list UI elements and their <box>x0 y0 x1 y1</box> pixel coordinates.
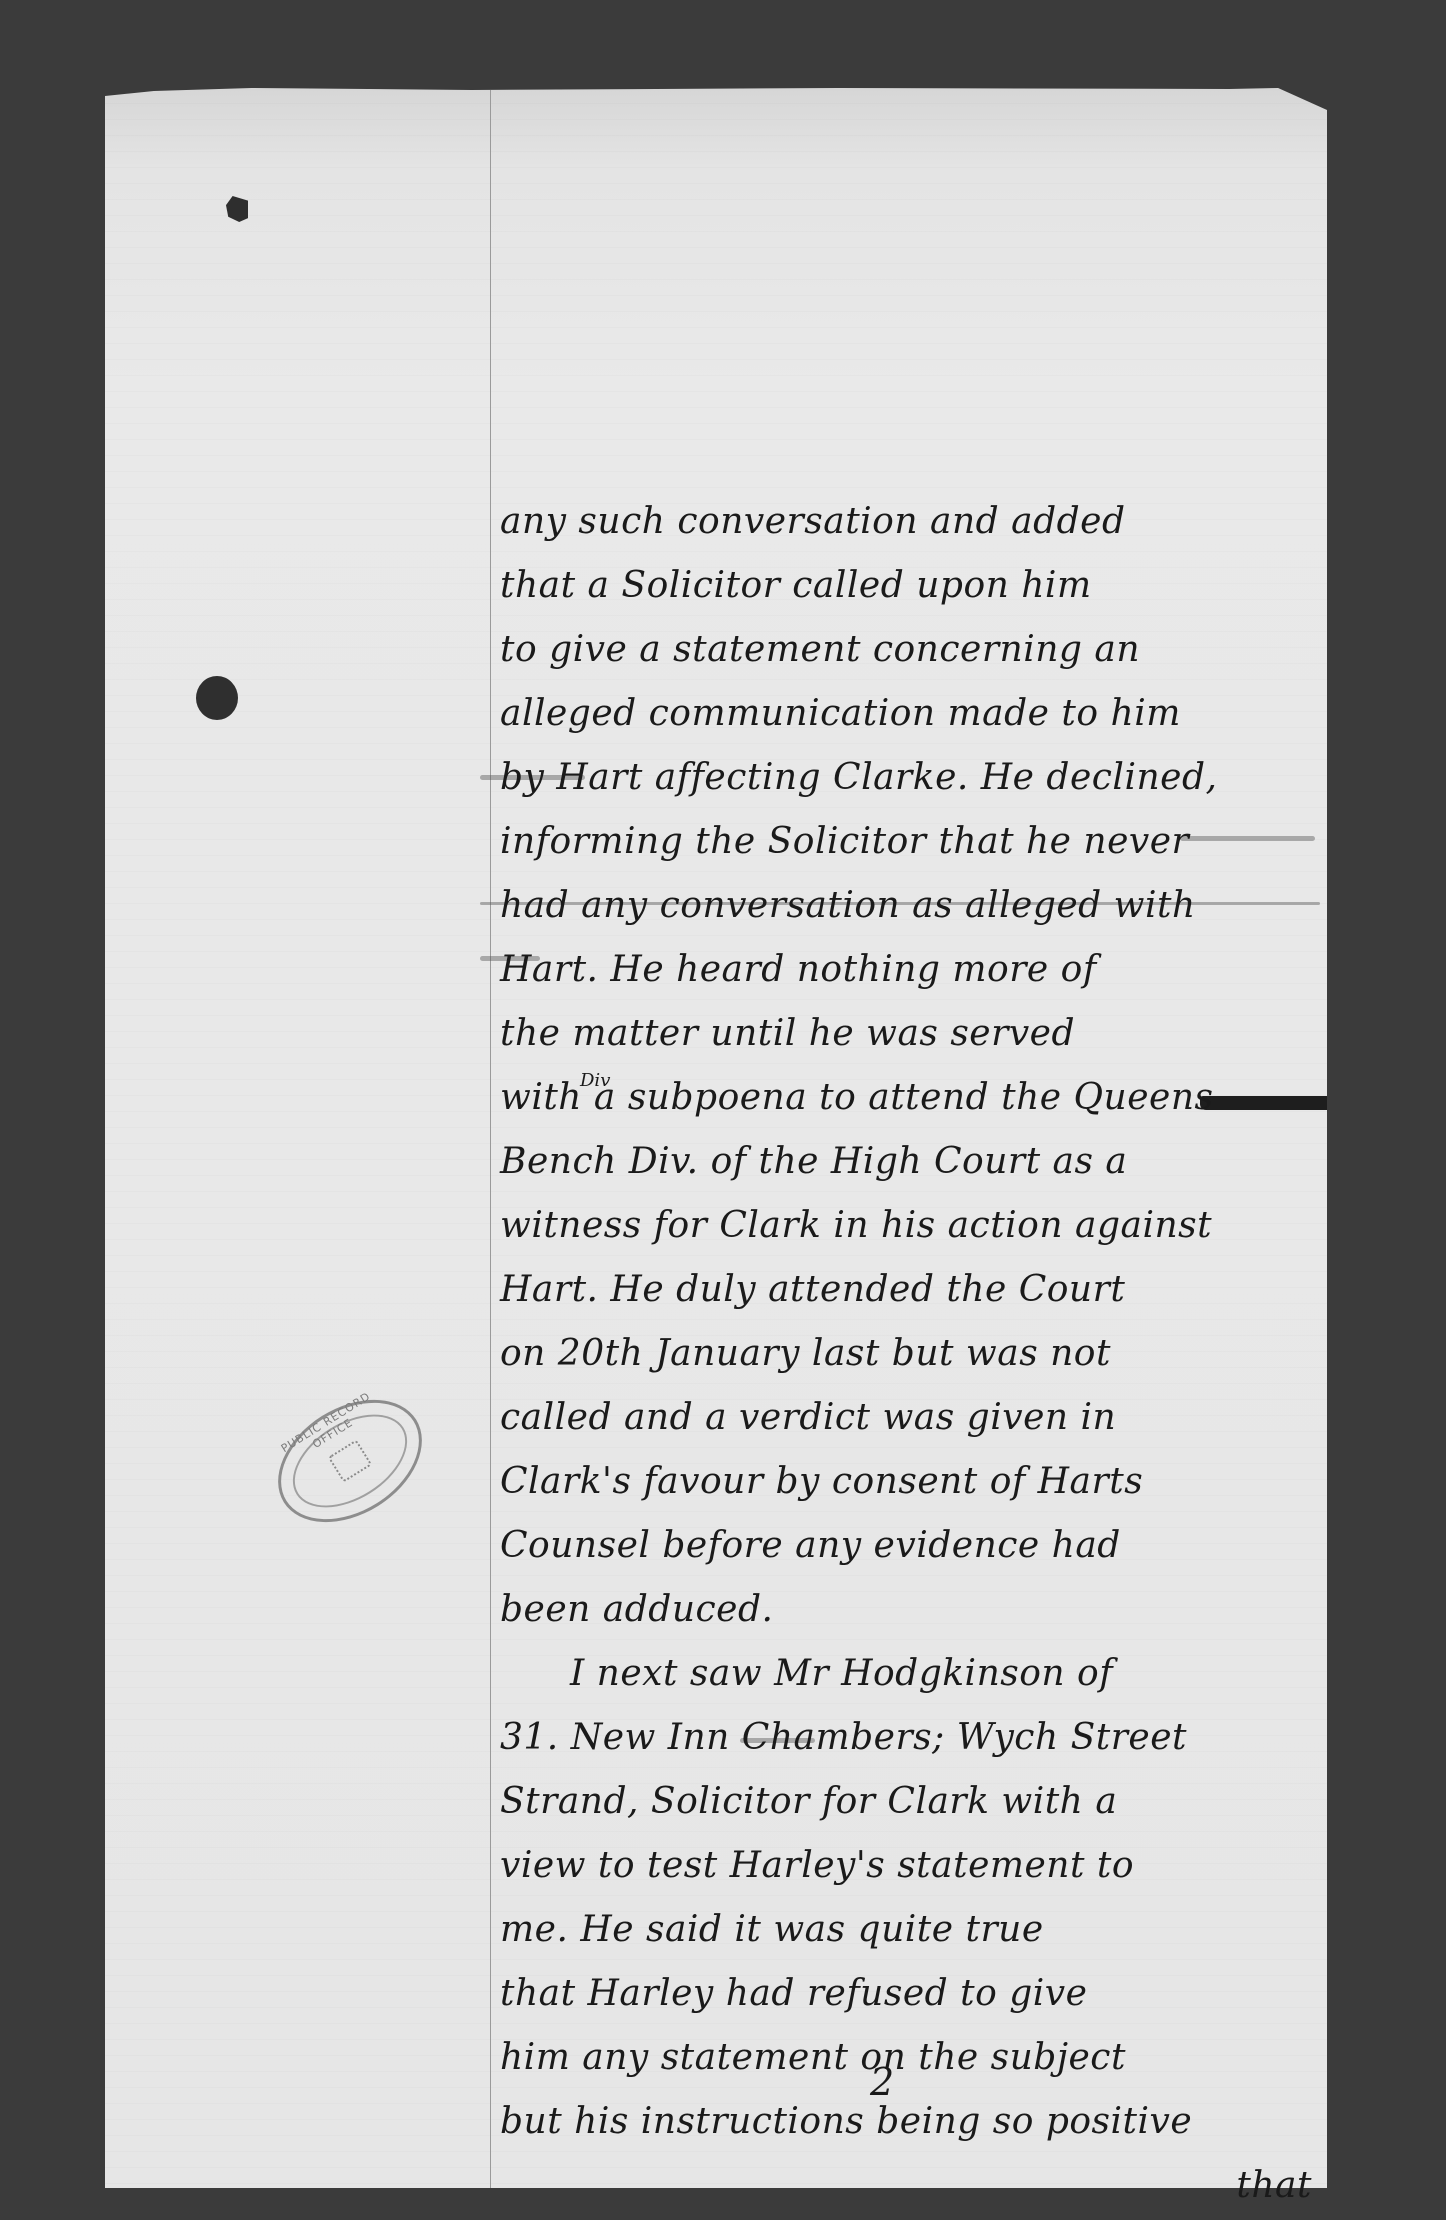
text-line: that a Solicitor called upon him <box>500 554 1320 618</box>
catchword: that <box>500 2154 1320 2218</box>
text-line: but his instructions being so positive <box>500 2090 1320 2154</box>
text-line: view to test Harley's statement to <box>500 1834 1320 1898</box>
text-line: that Harley had refused to give <box>500 1962 1320 2026</box>
text-line: with a subpoena to attend the Queens <box>500 1066 1320 1130</box>
text-line: been adduced. <box>500 1578 1320 1642</box>
text-line: me. He said it was quite true <box>500 1898 1320 1962</box>
text-line: alleged communication made to him <box>500 682 1320 746</box>
text-line: Clark's favour by consent of Harts <box>500 1450 1320 1514</box>
text-line: witness for Clark in his action against <box>500 1194 1320 1258</box>
text-line: on 20th January last but was not <box>500 1322 1320 1386</box>
text-line: had any conversation as alleged with <box>500 874 1320 938</box>
text-line: Strand, Solicitor for Clark with a <box>500 1770 1320 1834</box>
text-line: I next saw Mr Hodgkinson of <box>500 1642 1320 1706</box>
margin-rule <box>490 90 491 2188</box>
punch-hole-icon <box>196 676 238 720</box>
text-line: to give a statement concerning an <box>500 618 1320 682</box>
text-line: called and a verdict was given in <box>500 1386 1320 1450</box>
text-line: by Hart affecting Clarke. He declined, <box>500 746 1320 810</box>
text-line: him any statement on the subject <box>500 2026 1320 2090</box>
text-line: the matter until he was served <box>500 1002 1320 1066</box>
text-line: Hart. He heard nothing more of <box>500 938 1320 1002</box>
text-line: Hart. He duly attended the Court <box>500 1258 1320 1322</box>
text-line: 31. New Inn Chambers; Wych Street <box>500 1706 1320 1770</box>
page-number: 2 <box>870 2060 894 2104</box>
text-line: Bench Div. of the High Court as a <box>500 1130 1320 1194</box>
text-line: any such conversation and added <box>500 490 1320 554</box>
text-line: informing the Solicitor that he never <box>500 810 1320 874</box>
text-line: Counsel before any evidence had <box>500 1514 1320 1578</box>
letter-body: any such conversation and added that a S… <box>500 490 1320 2218</box>
